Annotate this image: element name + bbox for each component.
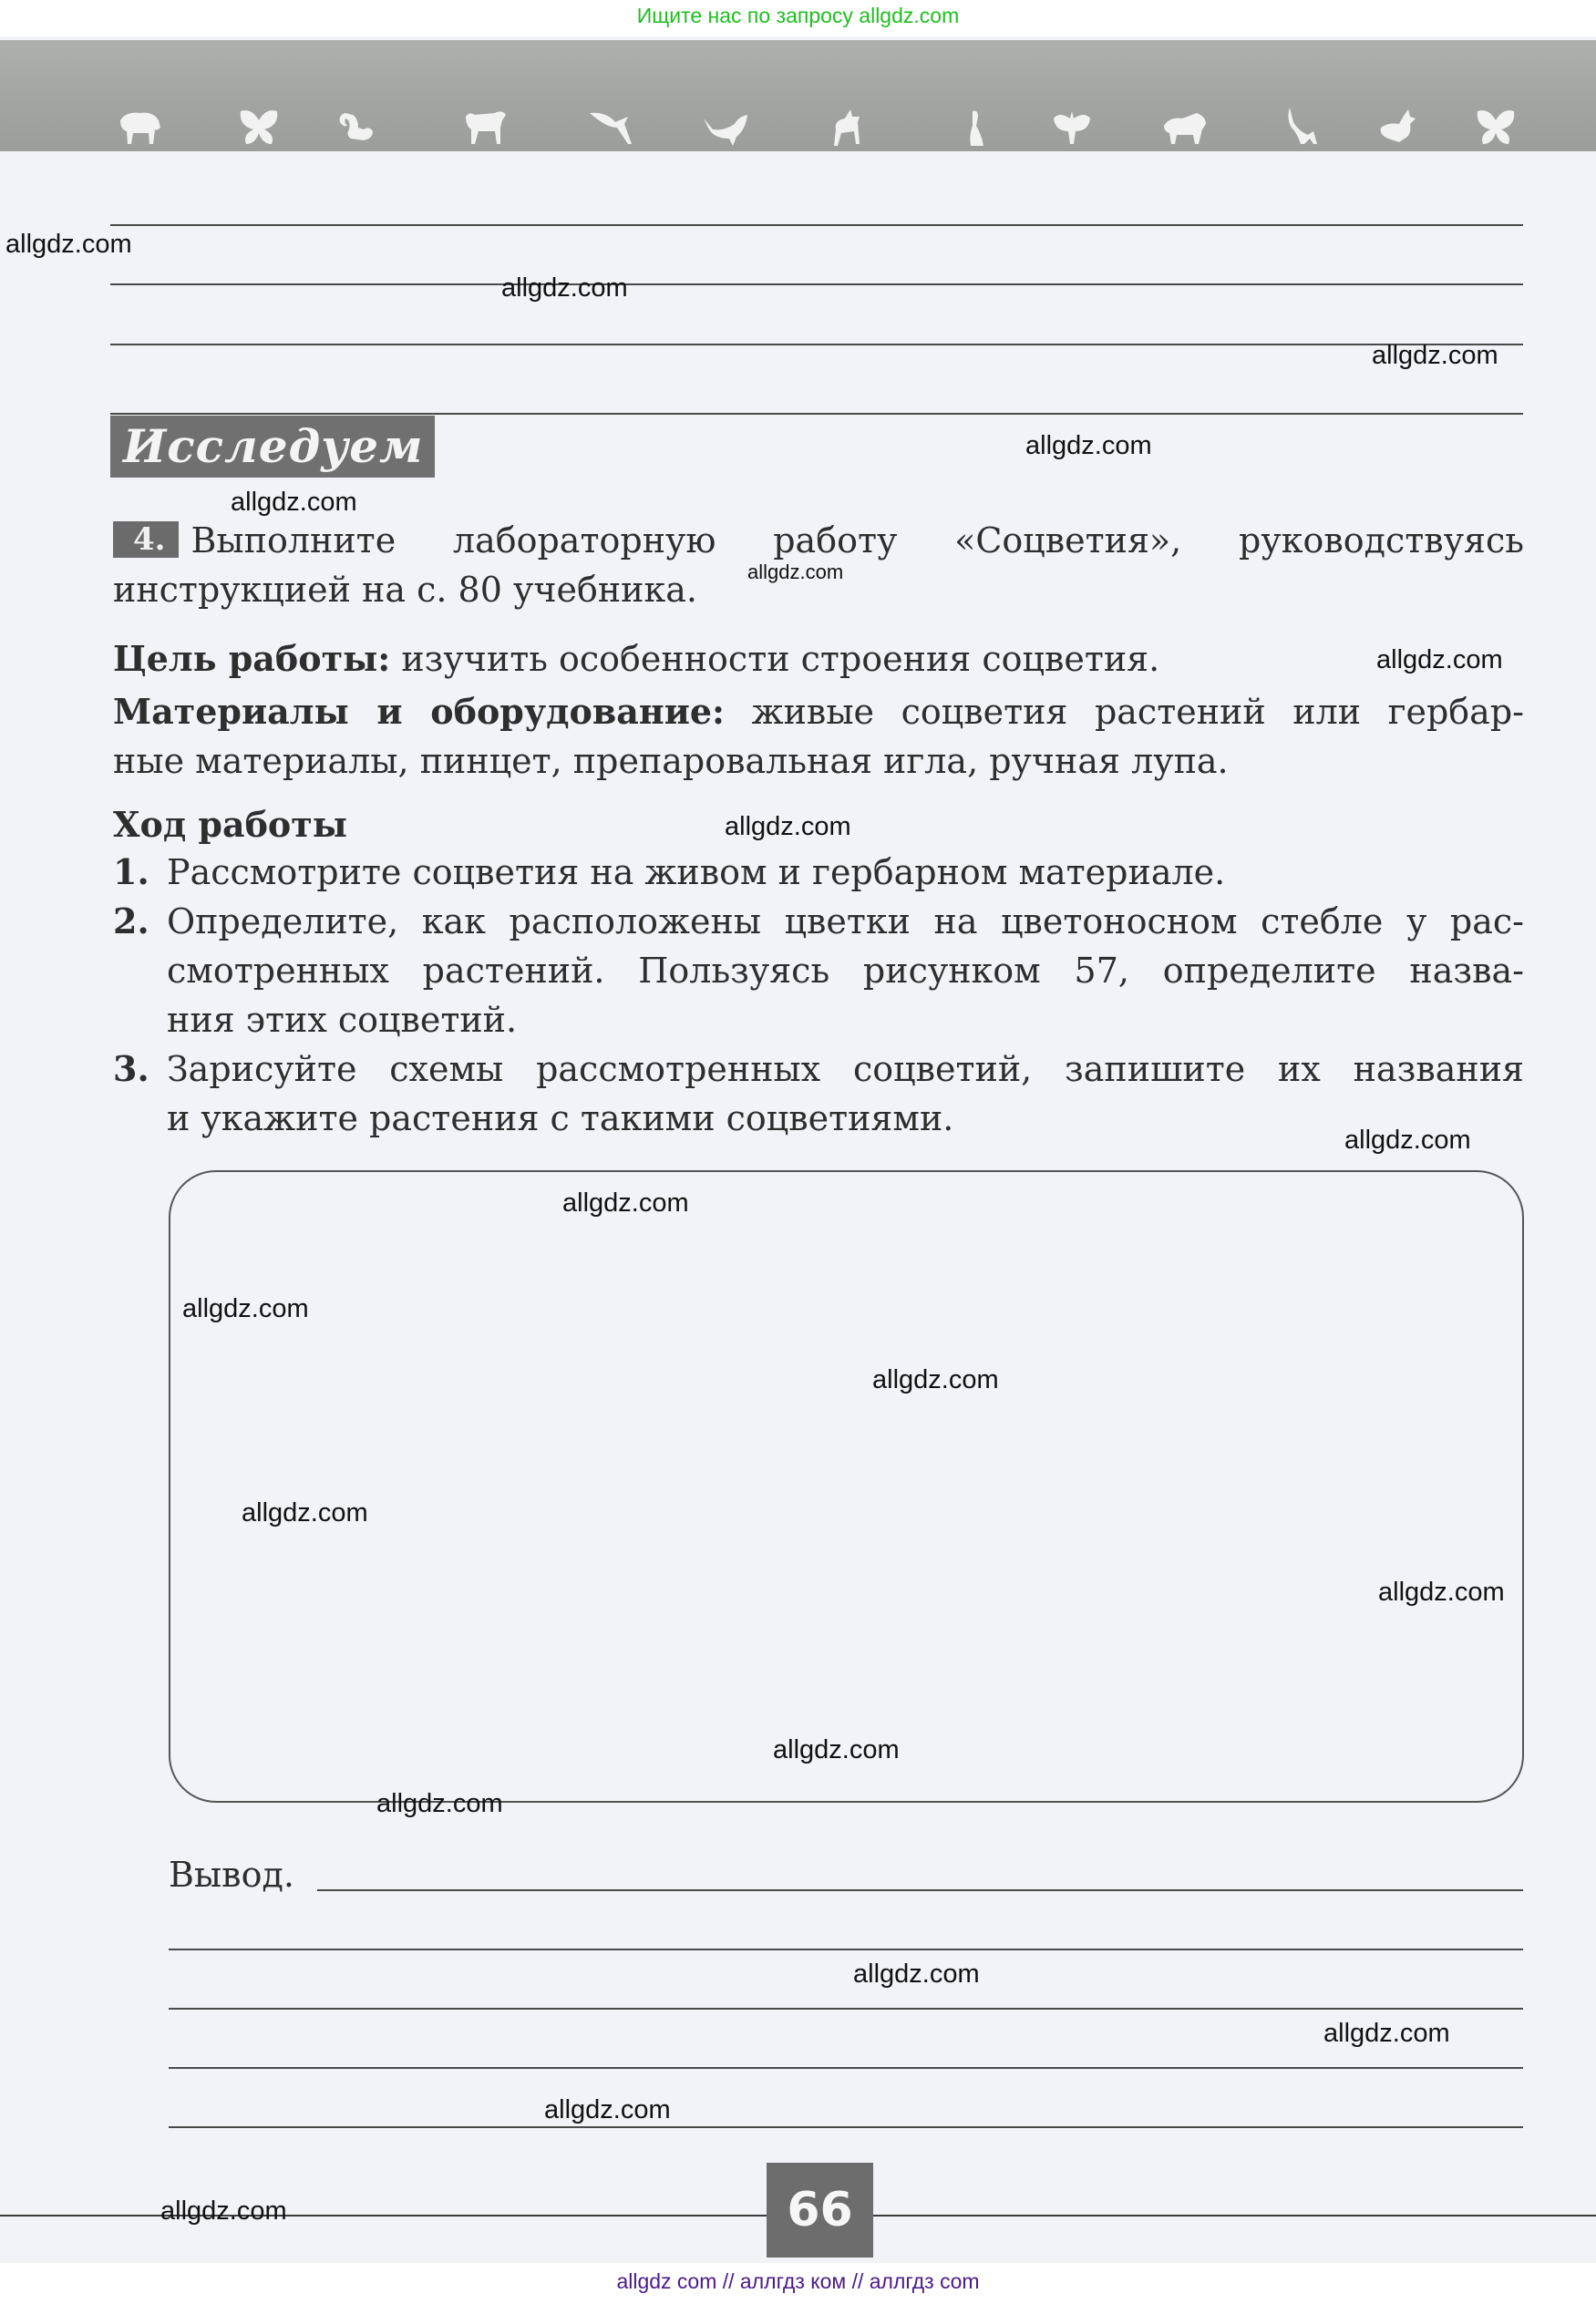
task-goal: Цель работы: изучить особенности строени… (113, 634, 1159, 684)
hare-icon (1372, 108, 1419, 148)
watermark: allgdz.com (725, 812, 851, 842)
deer-icon (825, 108, 872, 148)
watermark: allgdz.com (773, 1735, 900, 1765)
task-intro-text: Выполните лабораторную работу «Соцветия»… (191, 520, 1525, 561)
conclusion-answer-line[interactable] (169, 2067, 1523, 2069)
watermark: allgdz.com (1376, 645, 1503, 675)
watermark: allgdz.com (376, 1789, 503, 1819)
answer-line[interactable] (110, 344, 1523, 345)
procedure-title: Ход работы (113, 800, 347, 849)
conclusion-answer-line[interactable] (169, 1949, 1523, 1950)
task-materials-line-1: Материалы и оборудование: живые соцветия… (113, 687, 1524, 736)
watermark: allgdz.com (544, 2095, 671, 2125)
watermark: allgdz.com (872, 1365, 999, 1395)
task-intro-line-1: 4.Выполните лабораторную работу «Соцвети… (113, 516, 1524, 565)
watermark: allgdz.com (182, 1294, 309, 1324)
animal-silhouettes (0, 108, 1596, 151)
butterfly-icon (1472, 108, 1519, 148)
task-materials-line-2: ные материалы, пинцет, препаровальная иг… (113, 736, 1229, 786)
materials-text: живые соцветия растений или гербар- (725, 692, 1524, 732)
task-number-badge: 4. (113, 521, 179, 558)
watermark: allgdz.com (501, 273, 628, 303)
goal-text: изучить особенности строения соцветия. (390, 639, 1159, 679)
bison-icon (117, 108, 164, 148)
conclusion-answer-line[interactable] (169, 2008, 1523, 2010)
meerkat-icon (952, 108, 1000, 148)
watermark: allgdz.com (853, 1959, 980, 1990)
answer-line[interactable] (110, 224, 1523, 226)
cat-icon (1281, 108, 1328, 148)
watermark: allgdz.com (160, 2196, 287, 2227)
watermark: allgdz.com (231, 488, 357, 518)
watermark: allgdz.com (1025, 431, 1152, 461)
conclusion-answer-line[interactable] (169, 2126, 1523, 2128)
step-1-line: Рассмотрите соцветия на живом и гербарно… (167, 848, 1225, 897)
bird-icon (588, 108, 635, 148)
materials-label: Материалы и оборудование: (113, 691, 725, 732)
step-2-line-2: смотренных растений. Пользуясь рисунком … (167, 946, 1524, 995)
horse-icon (460, 108, 508, 148)
scorpion-icon (333, 108, 380, 148)
conclusion-answer-line[interactable] (317, 1889, 1523, 1891)
goal-label: Цель работы: (113, 638, 390, 679)
page-number: 66 (767, 2163, 873, 2258)
moth-icon (1048, 108, 1096, 148)
dolphin-icon (702, 108, 749, 148)
watermark: allgdz.com (1323, 2019, 1450, 2049)
butterfly-icon (235, 108, 283, 148)
watermark: allgdz.com (1378, 1578, 1505, 1608)
watermark: allgdz.com (242, 1498, 368, 1528)
step-3-line-2: и укажите растения с такими соцветиями. (167, 1094, 953, 1143)
site-footer-note: allgdz com // аллгдз ком // аллгдз com (0, 2269, 1596, 2294)
section-heading: Исследуем (110, 416, 435, 478)
step-number: 2. (113, 897, 149, 946)
search-hint-banner: Ищите нас по запросу allgdz.com (0, 4, 1596, 28)
step-number: 3. (113, 1044, 149, 1094)
boar-icon (1162, 108, 1210, 148)
step-2-line-3: ния этих соцветий. (167, 995, 517, 1044)
watermark: allgdz.com (1344, 1126, 1471, 1156)
answer-line[interactable] (110, 283, 1523, 285)
watermark: allgdz.com (1372, 341, 1498, 371)
drawing-area[interactable] (169, 1170, 1524, 1803)
watermark: allgdz.com (747, 561, 843, 584)
step-number: 1. (113, 848, 149, 897)
step-2-line-1: Определите, как расположены цветки на цв… (167, 897, 1524, 946)
answer-line[interactable] (110, 413, 1523, 415)
watermark: allgdz.com (562, 1188, 689, 1219)
watermark: allgdz.com (5, 230, 132, 260)
step-3-line-1: Зарисуйте схемы рассмотренных соцветий, … (167, 1044, 1524, 1094)
task-intro-line-2: инструкцией на с. 80 учебника. (113, 565, 697, 614)
conclusion-label: Вывод. (169, 1850, 294, 1899)
